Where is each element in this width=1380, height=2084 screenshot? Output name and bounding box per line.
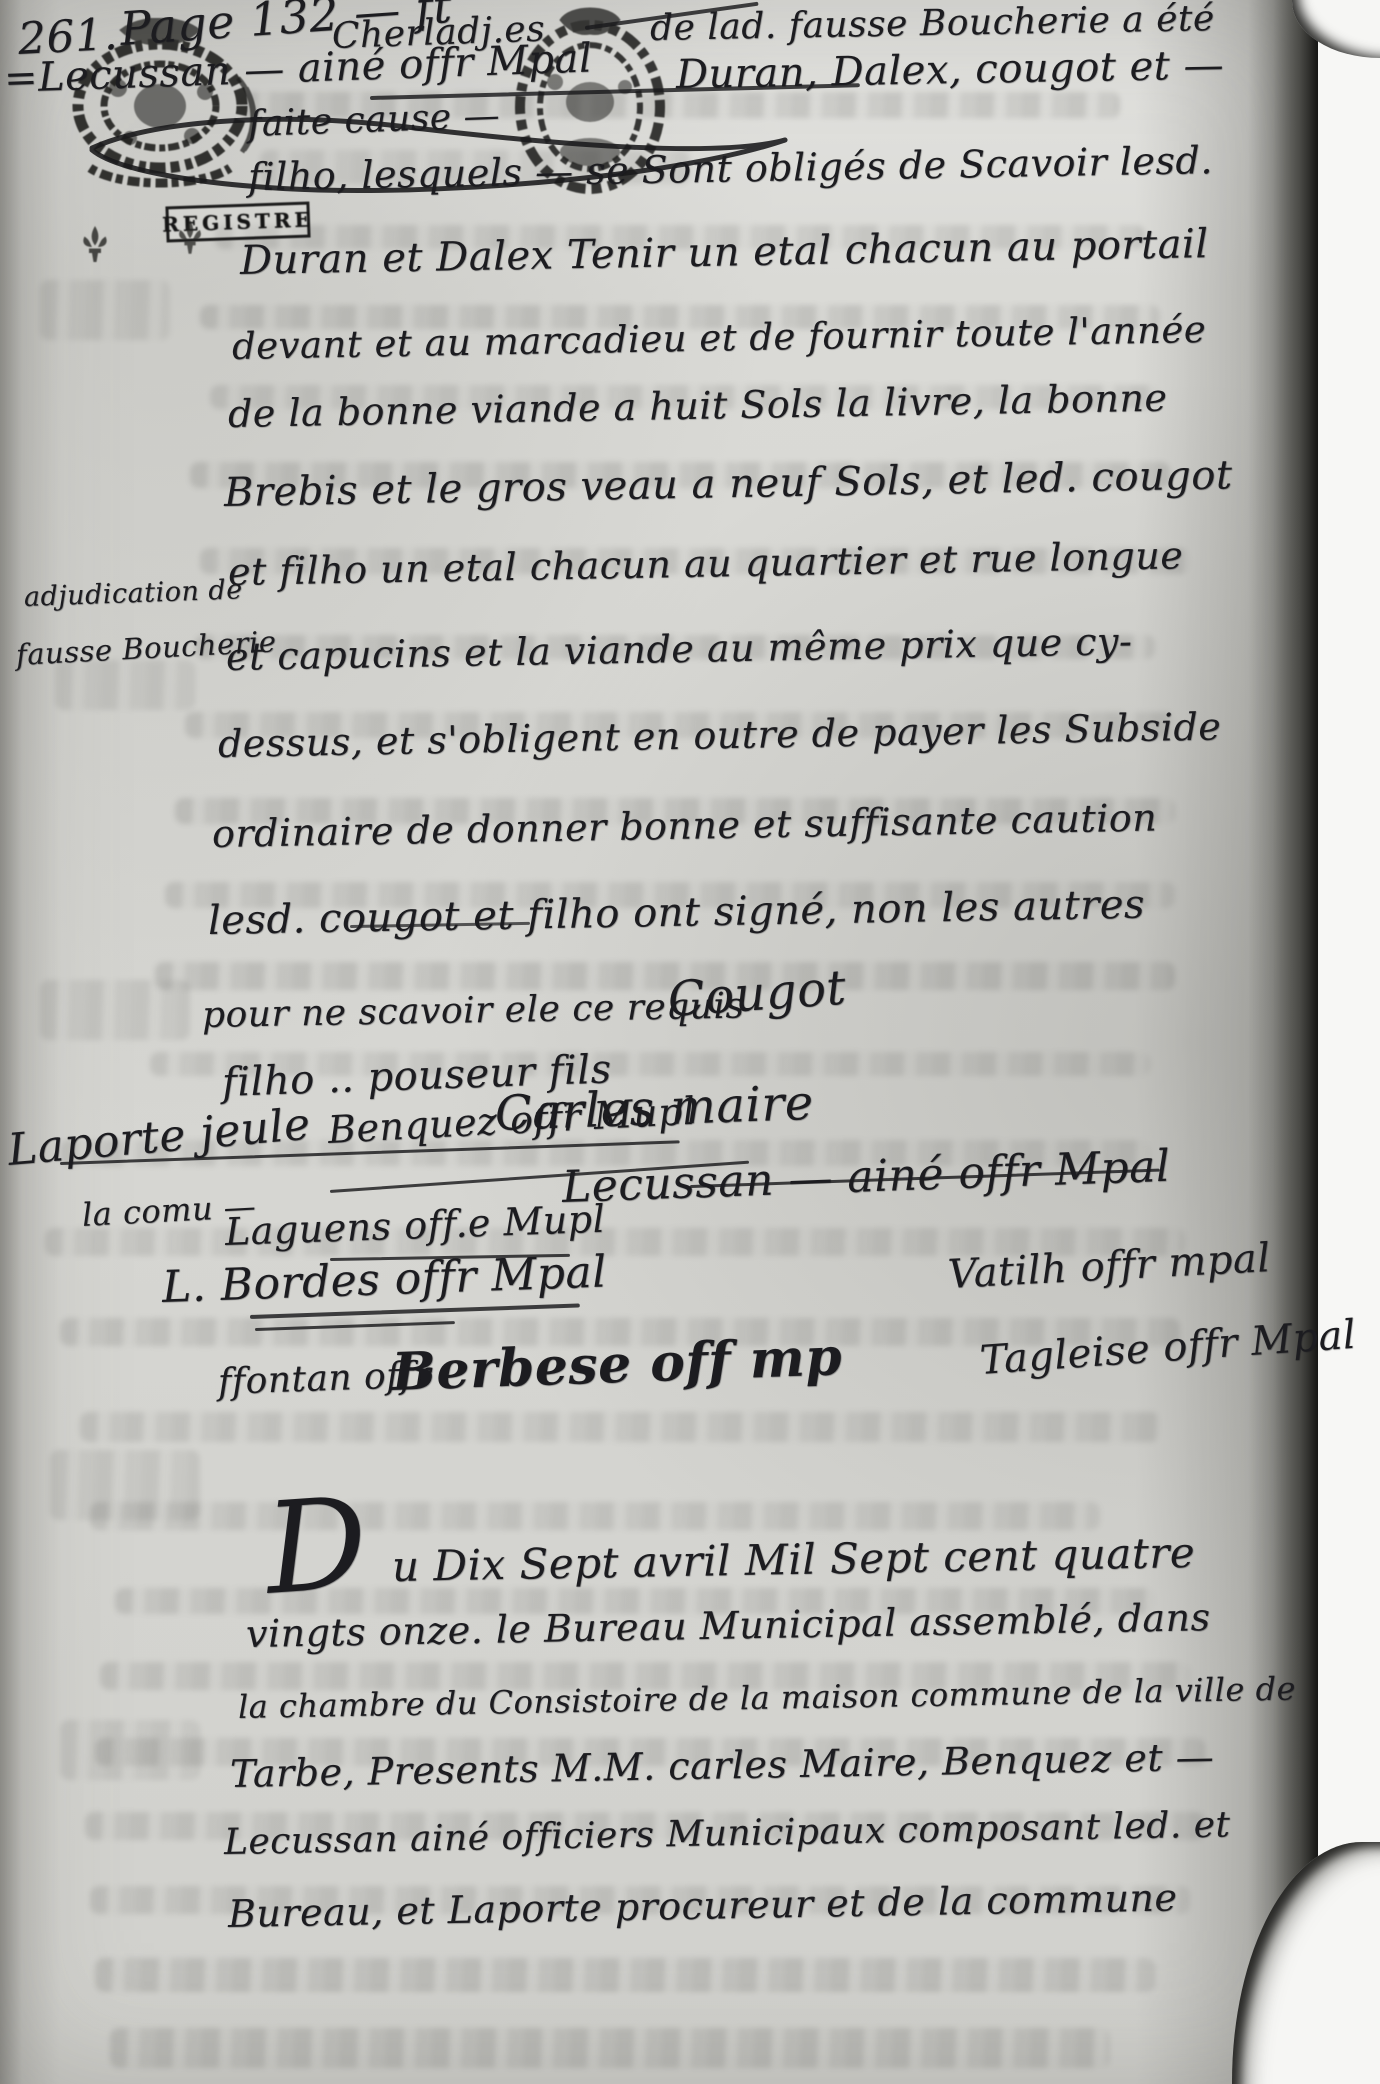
bleed-through-smudge [90,1502,1100,1530]
heading-line: faite cause — [247,95,500,145]
bleed-through-smudge [40,980,190,1040]
fleur-de-lis-icon [80,224,110,264]
scanner-background [1318,0,1380,2084]
book-fore-edge [1248,0,1320,2084]
bleed-through-smudge [110,2028,1110,2068]
heading-line: Duran, Dalex, cougot et — [676,42,1225,98]
bleed-through-smudge [80,1412,1160,1442]
manuscript-scan: REGISTRE [0,0,1380,2084]
fleur-de-lis-icon [176,218,204,256]
bleed-through-smudge [155,962,1175,990]
signature-carles-maire: Carles maire [494,1075,815,1142]
bleed-through-smudge [95,1958,1155,1992]
bleed-through-smudge [50,1450,200,1520]
bleed-through-smudge [60,1720,200,1780]
entry-initial-letter: D [261,1469,373,1623]
bleed-through-smudge [40,280,170,340]
